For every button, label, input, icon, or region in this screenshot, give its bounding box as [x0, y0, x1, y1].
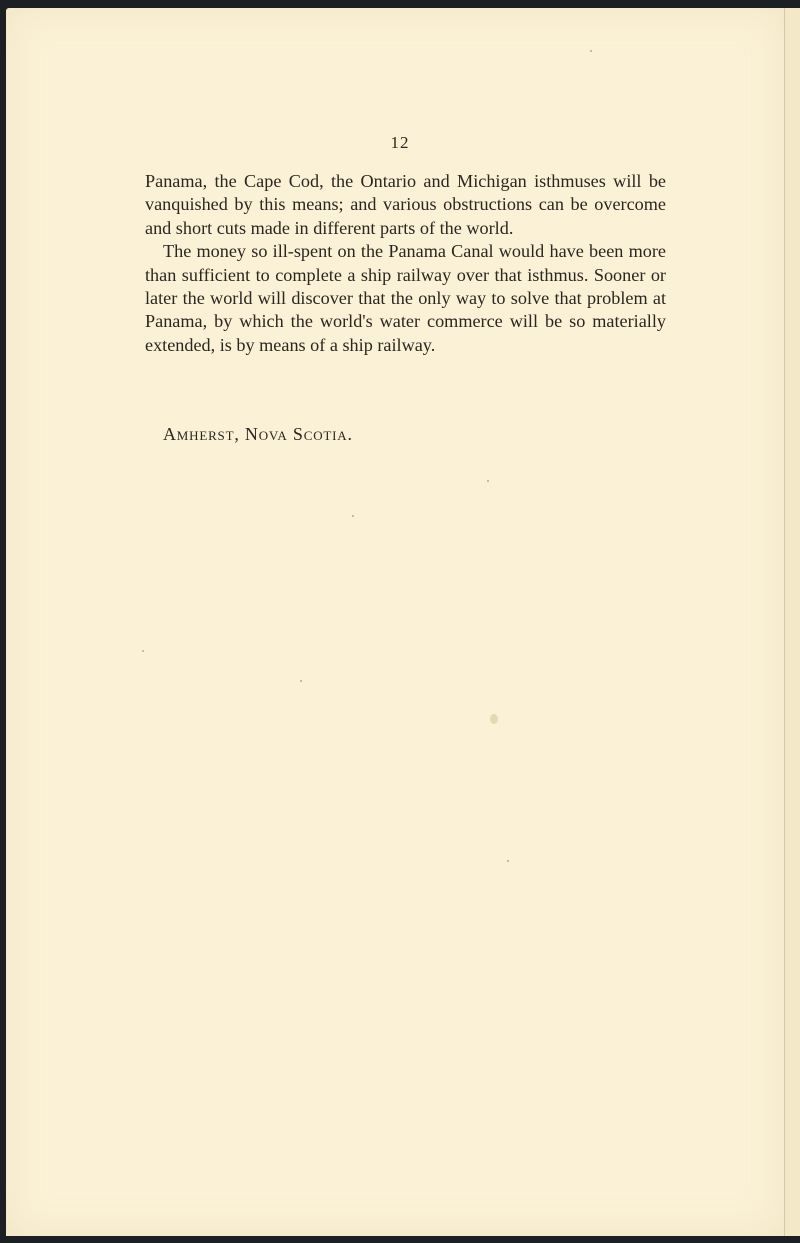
paragraph-2: The money so ill-spent on the Panama Can… [145, 240, 666, 357]
body-text: Panama, the Cape Cod, the Ontario and Mi… [145, 170, 666, 357]
paper-speck [352, 515, 354, 517]
paper-speck [142, 650, 144, 652]
paragraph-1: Panama, the Cape Cod, the Ontario and Mi… [145, 170, 666, 240]
paper-speck [490, 714, 498, 724]
paper-speck [300, 680, 302, 682]
next-page-edge [784, 8, 800, 1236]
paper-speck [507, 860, 509, 862]
paper-speck [590, 50, 592, 52]
paper-speck [487, 480, 489, 482]
signature-location: Amherst, Nova Scotia. [163, 424, 353, 445]
page-number: 12 [0, 133, 800, 153]
